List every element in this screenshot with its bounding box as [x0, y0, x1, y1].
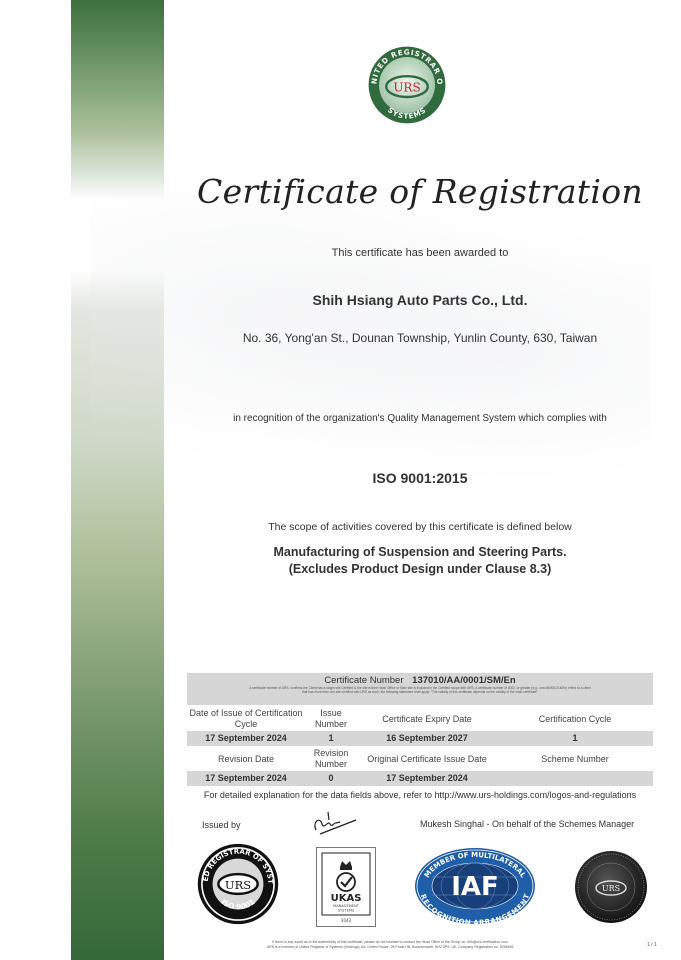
signature-icon — [310, 808, 360, 836]
header-original-issue-date: Original Certificate Issue Date — [357, 747, 497, 771]
value-revision-number: 0 — [305, 771, 357, 786]
svg-text:URS: URS — [393, 80, 420, 94]
certificate-number-value: 137010/AA/0001/SM/En — [412, 675, 516, 686]
header-issue-number: Issue Number — [305, 707, 357, 731]
svg-text:URS: URS — [602, 884, 620, 893]
details-value-row-2: 17 September 2024 0 17 September 2024 — [187, 771, 653, 786]
value-issue-number: 1 — [305, 731, 357, 746]
certificate-number-band: Certificate Number 137010/AA/0001/SM/En … — [187, 673, 653, 705]
scope-intro: The scope of activities covered by this … — [180, 521, 660, 533]
header-scheme-number: Scheme Number — [497, 747, 653, 771]
svg-text:3043: 3043 — [341, 918, 352, 923]
iaf-mla-logo-icon: MEMBER OF MULTILATERAL RECOGNITION ARRAN… — [414, 847, 536, 925]
details-header-row-2: Revision Date Revision Number Original C… — [187, 747, 653, 771]
header-expiry-date: Certificate Expiry Date — [357, 707, 497, 731]
value-original-issue-date: 17 September 2024 — [357, 771, 497, 786]
details-explanation: For detailed explanation for the data fi… — [180, 790, 660, 800]
certificate-number-label: Certificate Number — [324, 675, 403, 686]
value-expiry-date: 16 September 2027 — [357, 731, 497, 746]
page-number: 1 / 1 — [647, 942, 657, 948]
value-issue-date: 17 September 2024 — [187, 731, 305, 746]
svg-text:IAF: IAF — [451, 872, 499, 902]
urs-iso-9001-logo-icon: UNITED REGISTRAR OF SYSTEMS ISO 9001 URS — [197, 843, 279, 925]
scope-line-2: (Excludes Product Design under Clause 8.… — [180, 561, 660, 578]
awarded-text: This certificate has been awarded to — [180, 247, 660, 259]
signatory-name: Mukesh Singhal - On behalf of the Scheme… — [420, 819, 634, 829]
header-certification-cycle: Certification Cycle — [497, 707, 653, 731]
urs-seal-icon: UNITED REGISTRAR OF SYSTEMS URS — [367, 45, 447, 125]
value-certification-cycle: 1 — [497, 731, 653, 746]
value-scheme-number — [497, 771, 653, 786]
header-revision-date: Revision Date — [187, 747, 305, 771]
svg-text:URS: URS — [225, 878, 251, 892]
footer-line-2: URS is a member of United Registrar of S… — [230, 945, 550, 950]
recognition-text: in recognition of the organization's Qua… — [180, 413, 660, 424]
decorative-green-bar-bottom — [71, 270, 164, 960]
header-revision-number: Revision Number — [305, 747, 357, 771]
ukas-management-systems-logo-icon: UKAS MANAGEMENT SYSTEMS 3043 — [316, 847, 376, 927]
footer-notice: If there is any doubt as to the authenti… — [230, 940, 550, 950]
scope-description: Manufacturing of Suspension and Steering… — [180, 544, 660, 578]
urs-emblem-coin-icon: URS — [574, 850, 648, 924]
scope-line-1: Manufacturing of Suspension and Steering… — [180, 544, 660, 561]
certificate-number: Certificate Number 137010/AA/0001/SM/En — [187, 675, 653, 686]
issued-by-label: Issued by — [202, 820, 241, 830]
company-address: No. 36, Yong'an St., Dounan Township, Yu… — [180, 331, 660, 345]
standard-name: ISO 9001:2015 — [180, 470, 660, 486]
certificate-fine-print-2: that has more than one site certified wi… — [187, 690, 653, 694]
certificate-title: Certificate of Registration — [180, 172, 660, 211]
details-header-row-1: Date of Issue of Certification Cycle Iss… — [187, 707, 653, 731]
svg-text:UKAS: UKAS — [331, 893, 362, 904]
company-name: Shih Hsiang Auto Parts Co., Ltd. — [180, 292, 660, 308]
value-revision-date: 17 September 2024 — [187, 771, 305, 786]
svg-text:MANAGEMENT: MANAGEMENT — [333, 904, 360, 908]
details-value-row-1: 17 September 2024 1 16 September 2027 1 — [187, 731, 653, 746]
svg-text:SYSTEMS: SYSTEMS — [338, 909, 355, 913]
decorative-green-bar-top — [71, 0, 164, 200]
header-issue-date: Date of Issue of Certification Cycle — [187, 707, 305, 731]
